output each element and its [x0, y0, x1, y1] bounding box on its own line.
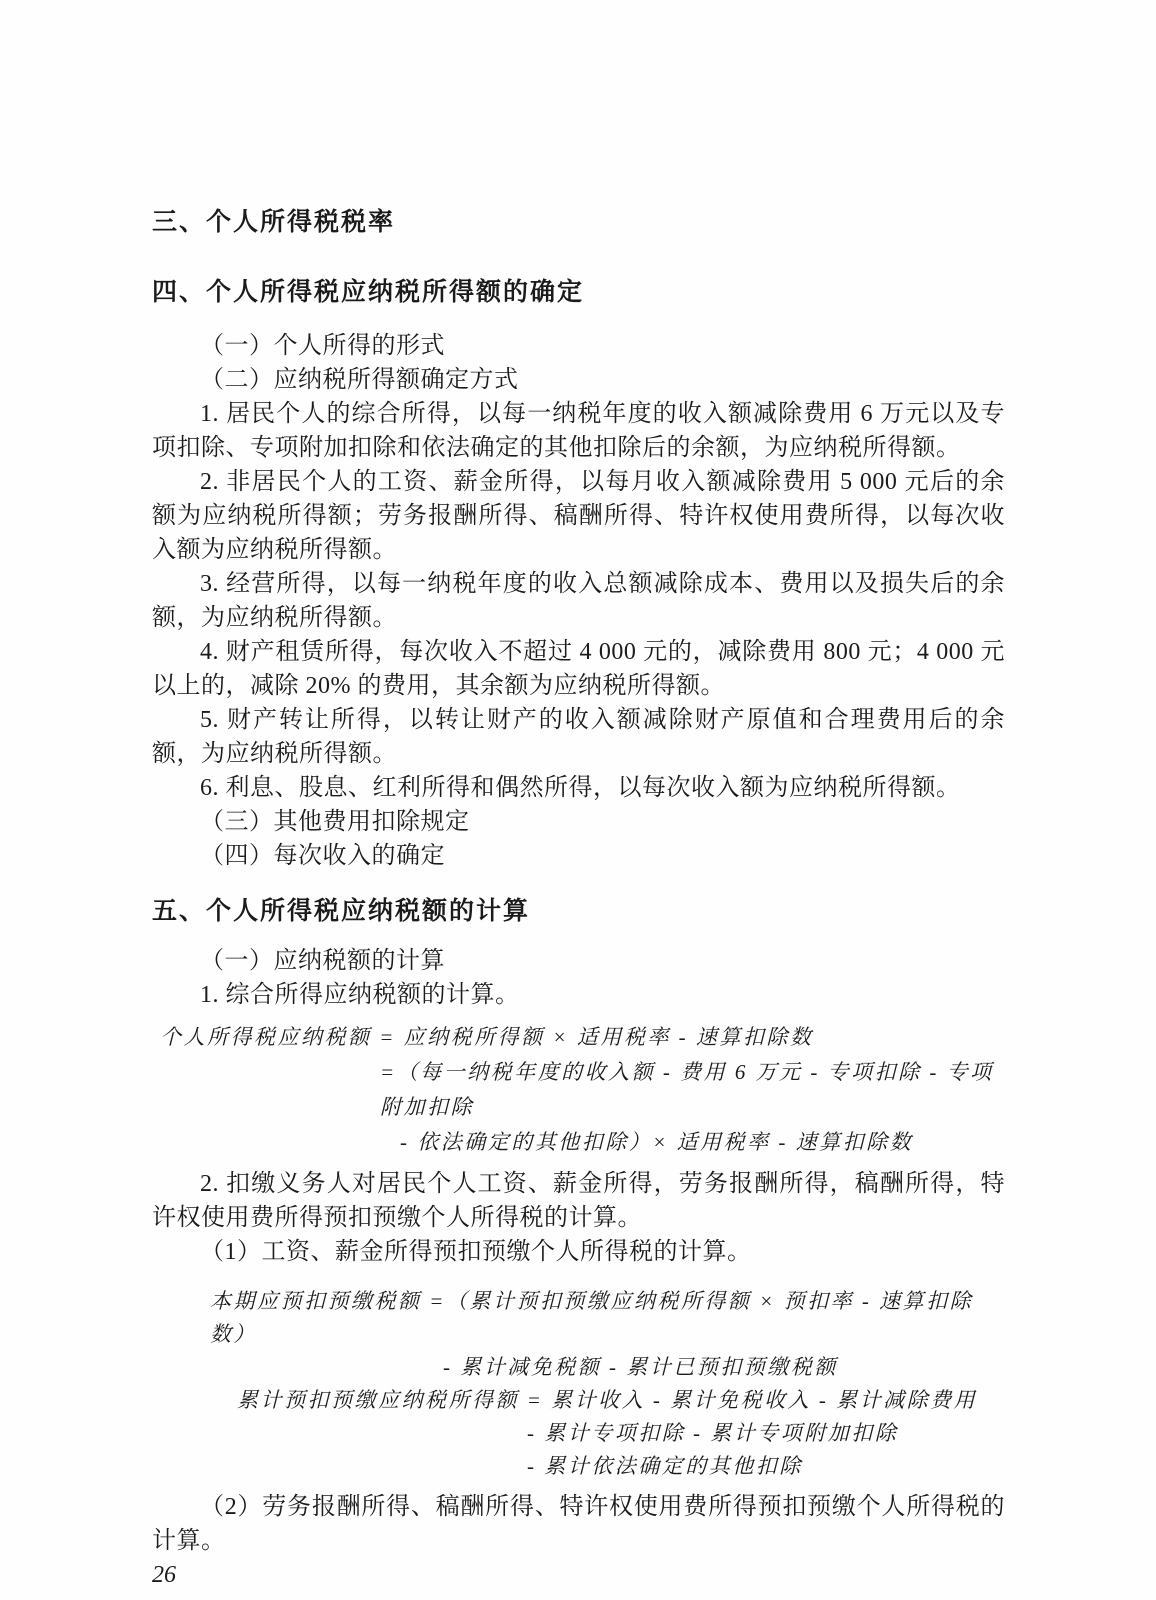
page-number: 26	[152, 1558, 1005, 1592]
document-page: 三、个人所得税税率 四、个人所得税应纳税所得额的确定 （一）个人所得的形式 （二…	[0, 0, 1156, 1600]
formula-line: 累计预扣预缴应纳税所得额 = 累计收入 - 累计免税收入 - 累计减除费用	[152, 1384, 1005, 1417]
section-heading-4: 四、个人所得税应纳税所得额的确定	[152, 275, 1005, 309]
paragraph-item-8: 2. 扣缴义务人对居民个人工资、薪金所得，劳务报酬所得，稿酬所得，特许权使用费所…	[152, 1167, 1005, 1235]
paragraph-item-4: 4. 财产租赁所得，每次收入不超过 4 000 元的，减除费用 800 元；4 …	[152, 635, 1005, 703]
section-heading-3: 三、个人所得税税率	[152, 205, 1005, 239]
paragraph-item-6: 6. 利息、股息、红利所得和偶然所得，以每次收入额为应纳税所得额。	[152, 771, 1005, 805]
subsection-1: （一）个人所得的形式	[152, 329, 1005, 363]
paragraph-item-9: （1）工资、薪金所得预扣预缴个人所得税的计算。	[152, 1235, 1005, 1269]
formula-line: - 累计专项扣除 - 累计专项附加扣除	[152, 1417, 1005, 1450]
formula-block-withholding-prepayment: 本期应预扣预缴税额 =（累计预扣预缴应纳税所得额 × 预扣率 - 速算扣除数） …	[152, 1285, 1005, 1483]
formula-line: - 累计依法确定的其他扣除	[152, 1450, 1005, 1483]
section-heading-5: 五、个人所得税应纳税额的计算	[152, 894, 1005, 928]
paragraph-item-7: 1. 综合所得应纳税额的计算。	[152, 978, 1005, 1012]
subsection-2: （二）应纳税所得额确定方式	[152, 363, 1005, 397]
formula-line: - 依法确定的其他扣除）× 适用税率 - 速算扣除数	[152, 1125, 1005, 1160]
paragraph-item-10: （2）劳务报酬所得、稿酬所得、特许权使用费所得预扣预缴个人所得税的计算。	[152, 1490, 1005, 1558]
paragraph-item-3: 3. 经营所得，以每一纳税年度的收入总额减除成本、费用以及损失后的余额，为应纳税…	[152, 567, 1005, 635]
formula-line: =（每一纳税年度的收入额 - 费用 6 万元 - 专项扣除 - 专项附加扣除	[152, 1055, 1005, 1125]
subsection-4: （四）每次收入的确定	[152, 839, 1005, 873]
formula-line: - 累计减免税额 - 累计已预扣预缴税额	[152, 1351, 1005, 1384]
paragraph-item-5: 5. 财产转让所得，以转让财产的收入额减除财产原值和合理费用后的余额，为应纳税所…	[152, 703, 1005, 771]
formula-line: 本期应预扣预缴税额 =（累计预扣预缴应纳税所得额 × 预扣率 - 速算扣除数）	[152, 1285, 1005, 1351]
subsection-5: （一）应纳税额的计算	[152, 944, 1005, 978]
paragraph-item-1: 1. 居民个人的综合所得，以每一纳税年度的收入额减除费用 6 万元以及专项扣除、…	[152, 397, 1005, 465]
page-content: 三、个人所得税税率 四、个人所得税应纳税所得额的确定 （一）个人所得的形式 （二…	[152, 0, 1005, 1592]
paragraph-item-2: 2. 非居民个人的工资、薪金所得，以每月收入额减除费用 5 000 元后的余额为…	[152, 465, 1005, 567]
formula-block-comprehensive-income: 个人所得税应纳税额 = 应纳税所得额 × 适用税率 - 速算扣除数 =（每一纳税…	[152, 1020, 1005, 1160]
formula-line: 个人所得税应纳税额 = 应纳税所得额 × 适用税率 - 速算扣除数	[152, 1020, 1005, 1055]
subsection-3: （三）其他费用扣除规定	[152, 805, 1005, 839]
